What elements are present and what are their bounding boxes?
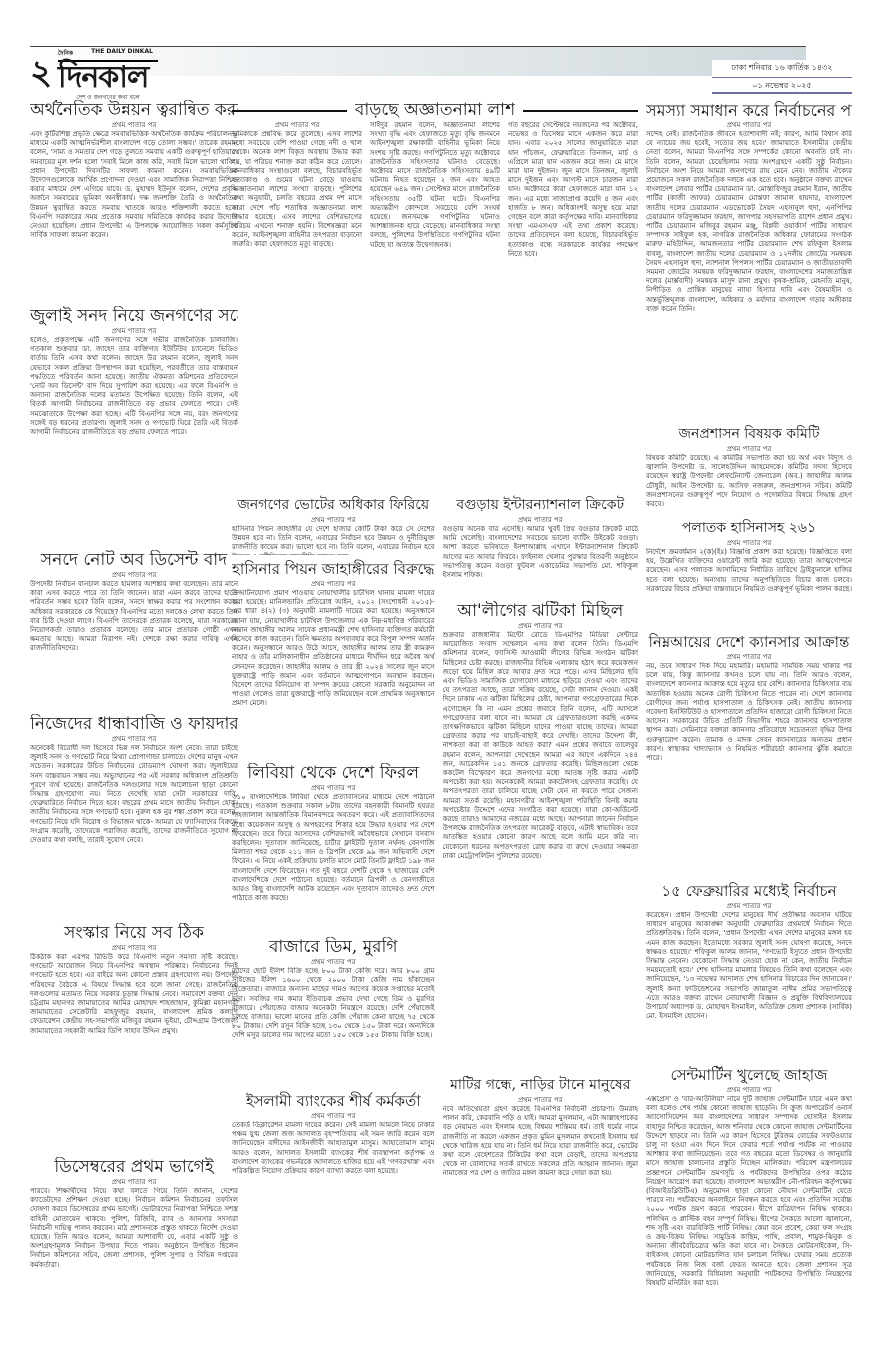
- headline[interactable]: মাটির গন্ধে, নাড়ির টানে মানুষের: [443, 1075, 639, 1096]
- article-body: নয়, তবে সাধারণ দিক দিয়ে মহামারি। মহামা…: [646, 662, 852, 877]
- headline[interactable]: ডিসেম্বরের প্রথম ভাগেই: [30, 1157, 238, 1178]
- kicker: প্রথম পাতার পর: [30, 944, 238, 953]
- kicker: প্রথম পাতার পর: [443, 622, 639, 631]
- article-body: উদ্ঘাটনযোগ্য প্রমাণ পাওয়ায় নোয়াখালীর …: [232, 589, 435, 759]
- kicker: প্রথম পাতার পর: [30, 327, 238, 336]
- date-gregorian: ০১ নভেম্বর ২০২৫: [712, 78, 852, 95]
- headline[interactable]: পলাতক হাসিনাসহ ২৬১: [646, 518, 852, 539]
- article-body: ঠিকঠাক করা এরপর রিভিউ করে বিএনপি নতুন সম…: [30, 953, 238, 1153]
- article-solve-problems[interactable]: সমস্যা সমাধান করে নির্বাচনের পথে প্রথম প…: [646, 100, 852, 420]
- headline[interactable]: সনদে নোট অব ডিসেন্ট বাদ: [30, 550, 238, 571]
- article-note-of-dissent[interactable]: সনদে নোট অব ডিসেন্ট বাদ প্রথম পাতার পর উ…: [30, 550, 238, 710]
- article-body: বিষয়ক কমিটি' রয়েছে। এ কমিটির সভাপতি কর…: [646, 454, 852, 514]
- article-body: হাসিনার পিয়ন জাহাঙ্গীর যে দেশে হাজার কো…: [232, 525, 435, 555]
- kicker: প্রথম পাতার পর: [232, 958, 435, 967]
- article-public-admin[interactable]: জনপ্রশাসন বিষয়ক কমিটি প্রথম পাতার পর বি…: [646, 424, 852, 514]
- kicker: প্রথম পাতার পর: [232, 784, 435, 793]
- article-body-middle: সাইদুর রহমান বলেন, অজ্ঞাতনামা লাশের সংখ্…: [370, 121, 500, 491]
- article-body: নবে অতিথেয়তা গ্রহণ করেছে বিএনপির নির্বা…: [443, 1105, 639, 1255]
- kicker: প্রথম পাতার পর: [646, 902, 852, 911]
- page-number: ২: [30, 56, 52, 90]
- article-body: বগুড়ায় অনেক বার এসেছি। আমার খুবই প্রিয…: [443, 525, 639, 597]
- headline[interactable]: আ'লীগের ঝটিকা মিছিল: [443, 601, 639, 622]
- kicker: প্রথম পাতার পর: [232, 516, 435, 525]
- kicker: প্রথম পাতার পর: [646, 1086, 852, 1095]
- article-voting-rights[interactable]: জনগণের ভোটের অধিকার ফিরিয়ে প্রথম পাতার …: [232, 495, 435, 555]
- kicker: প্রথম পাতার পর: [646, 653, 852, 662]
- kicker: প্রথম পাতার পর: [646, 539, 852, 548]
- article-islami-bank[interactable]: ইসলামী ব্যাংকের শীর্ষ কর্মকর্তা প্রথম পা…: [232, 1091, 435, 1231]
- kicker: প্রথম পাতার পর: [232, 1112, 435, 1121]
- column-right: সমস্যা সমাধান করে নির্বাচনের পথে প্রথম প…: [646, 100, 852, 1304]
- kicker: প্রথম পাতার পর: [30, 121, 238, 130]
- divider: [523, 110, 638, 112]
- article-body: পারবে। শিক্ষার্থীদের নিয়ে কথা বলতে গিয়…: [30, 1187, 238, 1347]
- article-market[interactable]: বাজারে ডিম, মুরগি প্রথম পাতার পর তাদের ছ…: [232, 937, 435, 1087]
- column-middle: বাড়ছে অজ্ঞাতনামা লাশ প্রথম পাতার পর ভূম…: [232, 100, 638, 1259]
- headline[interactable]: সংস্কার নিয়ে সব ঠিক: [30, 923, 238, 944]
- article-absconders[interactable]: পলাতক হাসিনাসহ ২৬১ প্রথম পাতার পর নির্দে…: [646, 518, 852, 628]
- kicker: প্রথম পাতার পর: [30, 1178, 238, 1187]
- article-body: নির্দেশে ক্রমবর্ধমান ২(ক)(ইঃ) বিজ্ঞপ্তি …: [646, 548, 852, 628]
- divider: [232, 110, 347, 112]
- article-bogura-cricket[interactable]: বগুড়ায় ইন্টারন্যাশনাল ক্রিকেট প্রথম পা…: [443, 495, 639, 597]
- kicker: প্রথম পাতার পর: [30, 571, 238, 580]
- date-bangla: ঢাকা শনিবার ১৬ কার্তিক ১৪৩২: [712, 60, 852, 78]
- date-box: ঢাকা শনিবার ১৬ কার্তিক ১৪৩২ ০১ নভেম্বর ২…: [712, 60, 852, 94]
- article-body: উপদেষ্টা নির্বাচন বানচাল করতে হামলার আশঙ…: [30, 580, 238, 710]
- article-body: এক্সপ্রেস' ও 'বার-আউলিয়া' নামে দুটি জাহ…: [646, 1095, 852, 1300]
- headline[interactable]: বাড়ছে অজ্ঞাতনামা লাশ: [355, 100, 515, 121]
- logo-small-text: দৈনিক: [58, 48, 73, 59]
- article-awami-procession[interactable]: আ'লীগের ঝটিকা মিছিল প্রথম পাতার পর শুক্র…: [443, 601, 639, 1071]
- headline[interactable]: নিজেদের ধান্ধাবাজি ও ফায়দার: [30, 714, 238, 735]
- article-cancer[interactable]: নিম্নআয়ের দেশে ক্যানসার আক্রান্ত প্রথম …: [646, 632, 852, 877]
- headline[interactable]: জনপ্রশাসন বিষয়ক কমিটি: [646, 424, 852, 445]
- column-left: অর্থনৈতিক উন্নয়ন ত্বরান্বিত করতে প্রথম …: [30, 100, 238, 1351]
- headline[interactable]: লিবিয়া থেকে দেশে ফিরল: [232, 763, 435, 784]
- article-unknown-bodies[interactable]: বাড়ছে অজ্ঞাতনামা লাশ প্রথম পাতার পর ভূম…: [232, 100, 638, 491]
- kicker: প্রথম পাতার পর: [232, 580, 435, 589]
- kicker: প্রথম পাতার পর: [443, 1096, 639, 1105]
- headline[interactable]: বগুড়ায় ইন্টারন্যাশনাল ক্রিকেট: [443, 495, 639, 516]
- headline[interactable]: জুলাই সনদ নিয়ে জনগণের সঙ্গে: [30, 306, 238, 327]
- article-body: ৩১০ বাংলাদেশিকে লিবিয়া থেকে প্রত্যাবাসন…: [232, 793, 435, 933]
- headline[interactable]: ১৫ ফেব্রুয়ারির মধ্যেই নির্বাচন: [646, 881, 852, 902]
- article-body: এবং কুটিরশিল্প প্রভৃতি ক্ষেত্রে সমবায়ভি…: [30, 130, 238, 302]
- article-body-right: গত বছরের সেপ্টেম্বরে নয়জনের পর অক্টোবর,…: [508, 121, 638, 491]
- headline[interactable]: সমস্যা সমাধান করে নির্বাচনের পথে: [646, 100, 852, 121]
- article-body: তেকর্ড ডিক্লারেশন মামলা দায়ের করেন। সেই…: [232, 1121, 435, 1231]
- logo-english-text: THE DAILY DINKAL: [91, 48, 153, 59]
- headline[interactable]: বাজারে ডিম, মুরগি: [232, 937, 435, 958]
- kicker: প্রথম পাতার পর: [443, 516, 639, 525]
- article-soil-smell[interactable]: মাটির গন্ধে, নাড়ির টানে মানুষের প্রথম প…: [443, 1075, 639, 1255]
- kicker: প্রথম পাতার পর: [30, 735, 238, 744]
- headline[interactable]: অর্থনৈতিক উন্নয়ন ত্বরান্বিত করতে: [30, 100, 238, 121]
- headline[interactable]: হাসিনার পিয়ন জাহাঙ্গীরের বিরুদ্ধে: [232, 559, 435, 580]
- article-body: তাদের ছোট ইলিশ বিক্রি হচ্ছে ৮০০ টাকা কেজ…: [232, 967, 435, 1087]
- kicker: প্রথম পাতার পর: [646, 445, 852, 454]
- newspaper-logo[interactable]: দৈনিক THE DAILY DINKAL দিনকাল দেশ ও জনগণ…: [58, 48, 158, 103]
- article-libya[interactable]: লিবিয়া থেকে দেশে ফিরল প্রথম পাতার পর ৩১…: [232, 763, 435, 933]
- article-body: হলেও, প্রকৃতপক্ষে এটি জনগণের সঙ্গে গভীর …: [30, 336, 238, 546]
- article-reform[interactable]: সংস্কার নিয়ে সব ঠিক প্রথম পাতার পর ঠিকঠ…: [30, 923, 238, 1153]
- article-december[interactable]: ডিসেম্বরের প্রথম ভাগেই প্রথম পাতার পর পা…: [30, 1157, 238, 1347]
- headline[interactable]: নিম্নআয়ের দেশে ক্যানসার আক্রান্ত: [646, 632, 852, 653]
- article-opportunism[interactable]: নিজেদের ধান্ধাবাজি ও ফায়দার প্রথম পাতার…: [30, 714, 238, 919]
- article-body: শুক্রবার রাজধানীর মিন্টো রোডে ডিএমপির মি…: [443, 631, 639, 1071]
- headline[interactable]: জনগণের ভোটের অধিকার ফিরিয়ে: [232, 495, 435, 516]
- article-july-charter[interactable]: জুলাই সনদ নিয়ে জনগণের সঙ্গে প্রথম পাতার…: [30, 306, 238, 546]
- article-economic[interactable]: অর্থনৈতিক উন্নয়ন ত্বরান্বিত করতে প্রথম …: [30, 100, 238, 302]
- article-feb-election[interactable]: ১৫ ফেব্রুয়ারির মধ্যেই নির্বাচন প্রথম পা…: [646, 881, 852, 1061]
- headline[interactable]: ইসলামী ব্যাংকের শীর্ষ কর্মকর্তা: [232, 1091, 435, 1112]
- article-jahangir[interactable]: হাসিনার পিয়ন জাহাঙ্গীরের বিরুদ্ধে প্রথম…: [232, 559, 435, 759]
- logo-name: দিনকাল: [58, 62, 158, 94]
- article-body: অনেকেই বিরোধী দল হিসেবে ভিন্ন দল নির্বাচ…: [30, 744, 238, 919]
- article-st-martin[interactable]: সেন্টমার্টিন খুলেছে জাহাজ প্রথম পাতার পর…: [646, 1065, 852, 1300]
- headline[interactable]: সেন্টমার্টিন খুলেছে জাহাজ: [646, 1065, 852, 1086]
- kicker: প্রথম পাতার পর: [646, 121, 852, 130]
- article-body: সন্দেহ নেই। রাজনৈতিক জীবনে হতাশাবাদী নই;…: [646, 130, 852, 420]
- article-body-left: ভূমিকাকে প্রশ্নবিদ্ধ করে তুলেছে। এসব লাশ…: [232, 130, 362, 490]
- kicker: প্রথম পাতার পর: [232, 121, 362, 130]
- article-body: করেছেন। প্রধান উপদেষ্টা দেশের মানুষের দী…: [646, 911, 852, 1061]
